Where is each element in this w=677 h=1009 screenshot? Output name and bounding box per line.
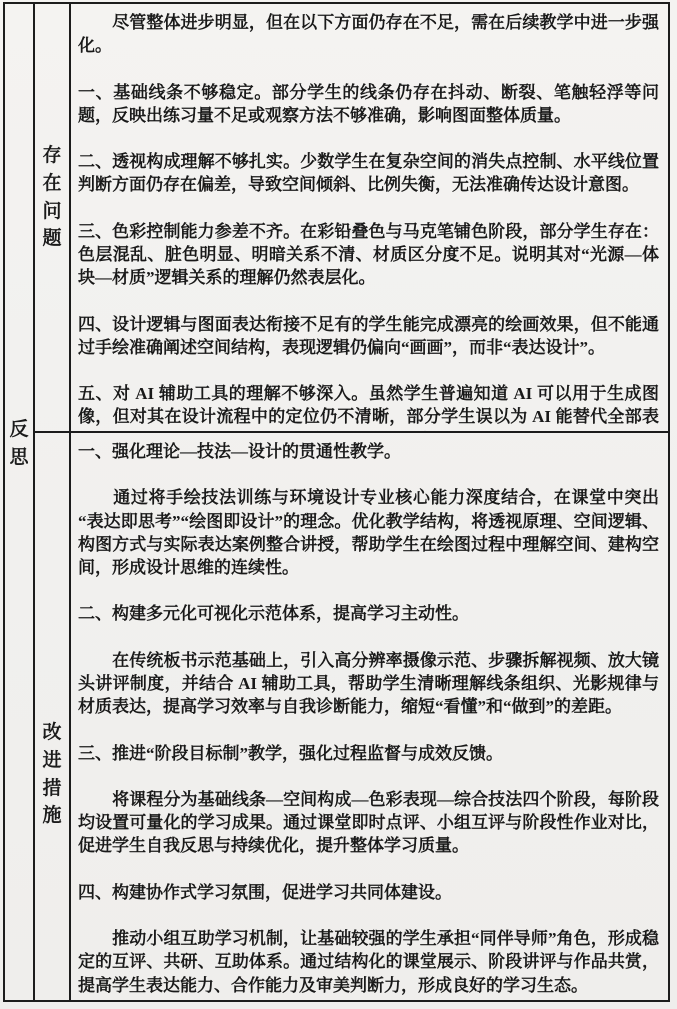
reflection-label-cell: 反思 <box>5 4 35 1000</box>
scanned-document-page: 反思 存在问题 尽管整体进步明显，但在以下方面仍存在不足，需在后续教学中进一步强… <box>0 0 677 1009</box>
measures-content-cell: 一、强化理论—技法—设计的贯通性教学。 通过将手绘技法训练与环境设计专业核心能力… <box>71 433 668 1000</box>
measures-paragraphs: 一、强化理论—技法—设计的贯通性教学。 通过将手绘技法训练与环境设计专业核心能力… <box>71 433 668 1000</box>
measures-label-cell: 改进措施 <box>35 433 71 1000</box>
problems-label-cell: 存在问题 <box>35 4 71 433</box>
problems-label: 存在问题 <box>42 142 63 252</box>
reflection-label: 反思 <box>9 416 30 471</box>
problems-paragraphs: 尽管整体进步明显，但在以下方面仍存在不足，需在后续教学中进一步强化。 一、基础线… <box>71 4 668 433</box>
measures-label: 改进措施 <box>42 719 63 829</box>
problems-content-cell: 尽管整体进步明显，但在以下方面仍存在不足，需在后续教学中进一步强化。 一、基础线… <box>71 4 668 433</box>
document-table: 反思 存在问题 尽管整体进步明显，但在以下方面仍存在不足，需在后续教学中进一步强… <box>3 2 670 1002</box>
